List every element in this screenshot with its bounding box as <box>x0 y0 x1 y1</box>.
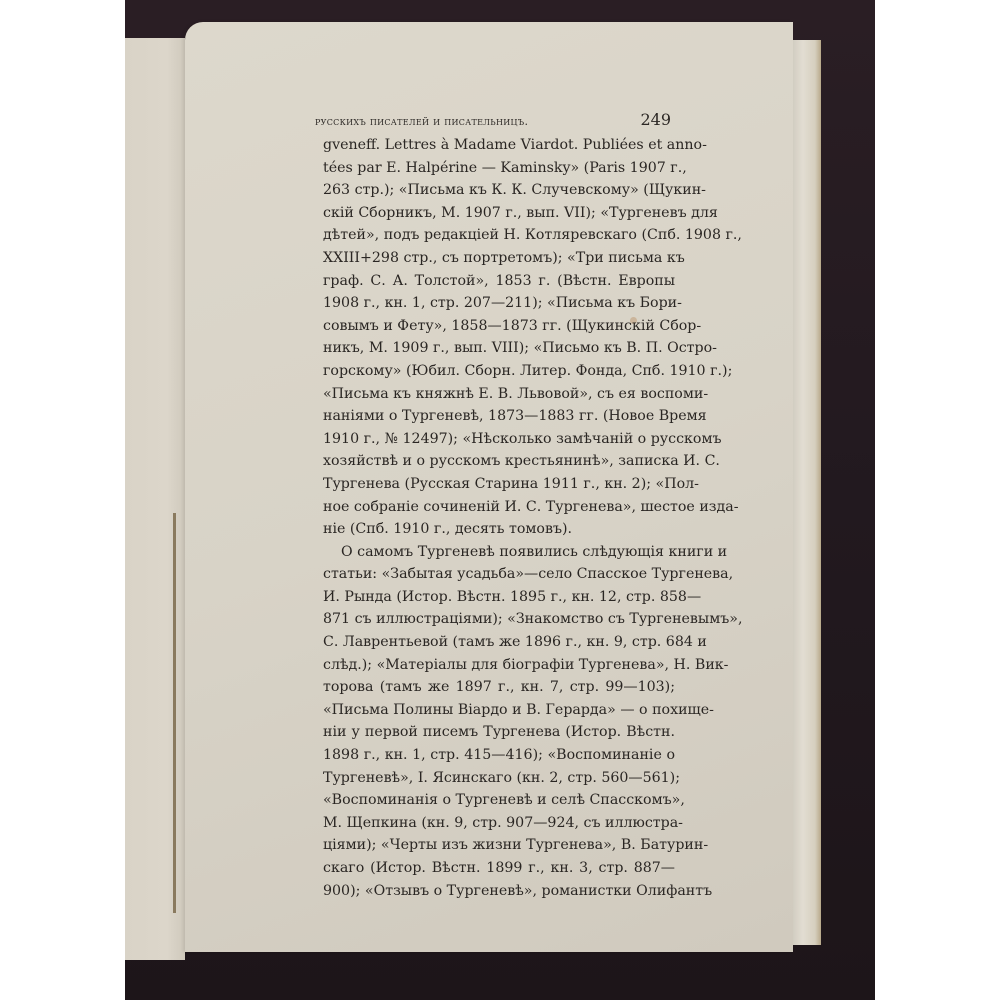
text-line: граф. С. А. Толстой», 1853 г. (Вѣстн. Ев… <box>323 270 675 293</box>
text-line: «Письма къ княжнѣ Е. В. Львовой», съ ея … <box>323 383 675 406</box>
text-line: 900); «Отзывъ о Тургеневѣ», романистки О… <box>323 880 675 903</box>
text-line: gveneff. Lettres à Madame Viardot. Publi… <box>323 134 675 157</box>
text-line: хозяйствѣ и о русскомъ крестьянинѣ», зап… <box>323 450 675 473</box>
text-line: 1908 г., кн. 1, стр. 207—211); «Письма к… <box>323 292 675 315</box>
text-line: статьи: «Забытая усадьба»—село Спасское … <box>323 563 675 586</box>
text-line: ніе (Спб. 1910 г., десять томовъ). <box>323 518 675 541</box>
text-line: слѣд.); «Матеріалы для біографіи Тургене… <box>323 654 675 677</box>
running-header: русскихъ писателей и писательницъ. <box>315 115 528 128</box>
text-line: торова (тамъ же 1897 г., кн. 7, стр. 99—… <box>323 676 675 699</box>
text-line: О самомъ Тургеневѣ появились слѣдующія к… <box>323 541 675 564</box>
body-text: gveneff. Lettres à Madame Viardot. Publi… <box>323 134 675 902</box>
binding-thread <box>173 513 176 913</box>
text-line: «Воспоминанія о Тургеневѣ и селѣ Спасско… <box>323 789 675 812</box>
text-line: М. Щепкина (кн. 9, стр. 907—924, съ иллю… <box>323 812 675 835</box>
page-number: 249 <box>640 110 671 129</box>
text-line: никъ, М. 1909 г., вып. VIII); «Письмо къ… <box>323 337 675 360</box>
text-line: 263 стр.); «Письма къ К. К. Случевскому»… <box>323 179 675 202</box>
previous-page-edge <box>125 38 185 960</box>
book-page: русскихъ писателей и писательницъ. 249 g… <box>185 22 793 952</box>
text-line: совымъ и Фету», 1858—1873 гг. (Щукинскій… <box>323 315 675 338</box>
text-line: скій Сборникъ, М. 1907 г., вып. VII); «Т… <box>323 202 675 225</box>
book-photo: русскихъ писателей и писательницъ. 249 g… <box>125 0 875 1000</box>
text-line: горскому» (Юбил. Сборн. Литер. Фонда, Сп… <box>323 360 675 383</box>
text-line: скаго (Истор. Вѣстн. 1899 г., кн. 3, стр… <box>323 857 675 880</box>
text-line: ціями); «Черты изъ жизни Тургенева», В. … <box>323 834 675 857</box>
text-line: ное собраніе сочиненій И. С. Тургенева»,… <box>323 496 675 519</box>
text-line: tées par E. Halpérine — Kaminsky» (Paris… <box>323 157 675 180</box>
text-line: 871 съ иллюстраціями); «Знакомство съ Ту… <box>323 608 675 631</box>
text-line: наніями о Тургеневѣ, 1873—1883 гг. (Ново… <box>323 405 675 428</box>
text-line: «Письма Полины Віардо и В. Герарда» — о … <box>323 699 675 722</box>
text-line: И. Рында (Истор. Вѣстн. 1895 г., кн. 12,… <box>323 586 675 609</box>
text-line: Тургенева (Русская Старина 1911 г., кн. … <box>323 473 675 496</box>
text-line: ніи у первой писемъ Тургенева (Истор. Вѣ… <box>323 721 675 744</box>
page-header: русскихъ писателей и писательницъ. 249 <box>315 110 671 129</box>
text-line: дѣтей», подъ редакціей Н. Котляревскаго … <box>323 224 675 247</box>
show-through-text <box>193 142 313 682</box>
text-line: 1910 г., № 12497); «Нѣсколько замѣчаній … <box>323 428 675 451</box>
text-line: 1898 г., кн. 1, стр. 415—416); «Воспомин… <box>323 744 675 767</box>
text-line: Тургеневѣ», І. Ясинскаго (кн. 2, стр. 56… <box>323 767 675 790</box>
text-line: С. Лаврентьевой (тамъ же 1896 г., кн. 9,… <box>323 631 675 654</box>
text-line: XXIII+298 стр., съ портретомъ); «Три пис… <box>323 247 675 270</box>
page-edges <box>790 40 821 945</box>
